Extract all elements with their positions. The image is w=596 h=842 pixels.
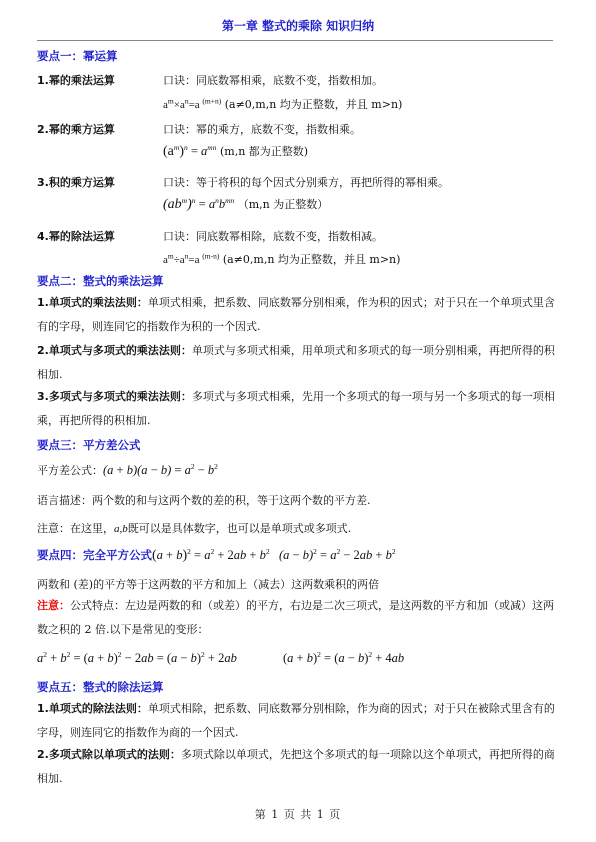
formula-note: (a≠0,m,n 均为正整数，并且 m>n) [223, 253, 401, 266]
item-rule: 口诀：同底数幂相乘，底数不变，指数相加。 [163, 72, 383, 88]
formula-row: am×an=a (m+n) (a≠0,m,n 均为正整数，并且 m>n) [163, 96, 402, 112]
variant-formula-2: (a + b)2 = (a − b)2 + 4ab [283, 650, 404, 666]
page-title: 第一章 整式的乘除 知识归纳 [0, 17, 596, 34]
section-heading-4-row: 要点四：完全平方公式(a + b)2 = a2 + 2ab + b2 (a − … [37, 547, 396, 564]
rule-paragraph: 3.多项式与多项式的乘法法则：多项式与多项式相乘，先用一个多项式的每一项与另一个… [37, 385, 557, 433]
formula-row: 平方差公式：(a + b)(a − b) = a2 − b2 [37, 462, 218, 478]
item-label: 3.积的乘方运算 [37, 174, 115, 190]
item-rule: 口诀：幂的乘方，底数不变，指数相乘。 [163, 121, 361, 137]
item-label: 1.幂的乘法运算 [37, 72, 115, 88]
formula-note: (m,n 都为正整数) [220, 145, 308, 158]
formula-row: (abm)n = anbmn （m,n 为正整数） [163, 196, 328, 213]
section-heading-5: 要点五：整式的除法运算 [37, 679, 164, 695]
rule-paragraph: 2.多项式除以单项式的法则：多项式除以单项式，先把这个多项式的每一项除以这个单项… [37, 743, 557, 791]
description: 两数和 (差)的平方等于这两数的平方和加上（减去）这两数乘积的两倍 [37, 576, 379, 592]
page-number: 第 1 页 共 1 页 [0, 806, 596, 822]
item-rule: 口诀：同底数幂相除，底数不变，指数相减。 [163, 228, 383, 244]
rule-paragraph: 1.单项式的除法法则：单项式相除，把系数、同底数幂分别相除，作为商的因式；对于只… [37, 697, 557, 745]
formula-row: am÷an=a (m-n) (a≠0,m,n 均为正整数，并且 m>n) [163, 251, 400, 267]
formula-note: (a≠0,m,n 均为正整数，并且 m>n) [225, 98, 403, 111]
rule-paragraph: 1.单项式的乘法法则：单项式相乘，把系数、同底数幂分别相乘，作为积的因式；对于只… [37, 291, 557, 339]
item-rule: 口诀：等于将积的每个因式分别乘方，再把所得的幂相乘。 [163, 174, 449, 190]
formula-note: （m,n 为正整数） [238, 198, 329, 211]
section-heading-2: 要点二：整式的乘法运算 [37, 273, 164, 289]
item-label: 2.幂的乘方运算 [37, 121, 115, 137]
note-paragraph: 注意：公式特点：左边是两数的和（或差）的平方，右边是二次三项式，是这两数的平方和… [37, 594, 557, 642]
description: 语言描述：两个数的和与这两个数的差的积，等于这两个数的平方差. [37, 492, 371, 508]
variant-formula-1: a2 + b2 = (a + b)2 − 2ab = (a − b)2 + 2a… [37, 650, 237, 666]
section-heading-3: 要点三：平方差公式 [37, 437, 141, 453]
item-label: 4.幂的除法运算 [37, 228, 115, 244]
section-heading-1: 要点一：幂运算 [37, 48, 118, 64]
rule-paragraph: 2.单项式与多项式的乘法法则：单项式与多项式相乘，用单项式和多项式的每一项分别相… [37, 339, 557, 387]
formula-row: (am)n = amn (m,n 都为正整数) [163, 143, 308, 160]
header-divider [37, 40, 553, 41]
note: 注意：在这里，a,b既可以是具体数字，也可以是单项式或多项式. [37, 520, 351, 536]
